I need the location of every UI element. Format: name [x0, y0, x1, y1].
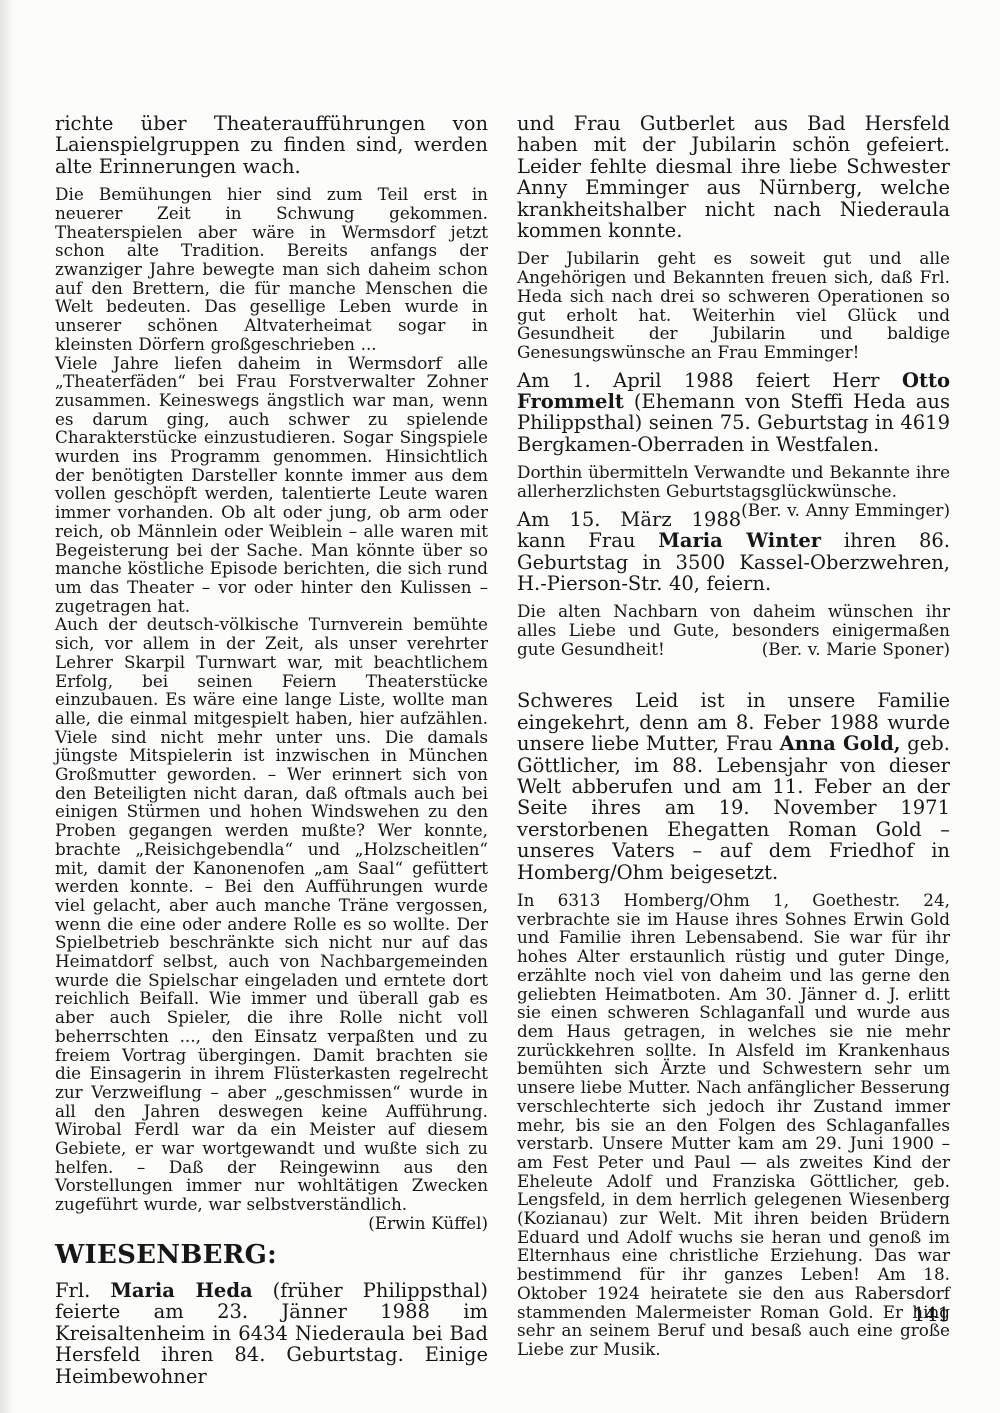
paragraph: In 6313 Homberg/Ohm 1, Goethestr. 24, ve…	[517, 891, 950, 1359]
attribution: (Ber. v. Marie Sponer)	[762, 640, 950, 659]
paragraph: Schweres Leid ist in unsere Familie eing…	[517, 690, 950, 883]
left-column: richte über Theateraufführungen von Laie…	[55, 113, 488, 1387]
paragraph: Dorthin übermitteln Verwandte und Bekann…	[517, 463, 950, 500]
paragraph: Die alten Nachbarn von daheim wünschen i…	[517, 602, 950, 658]
section-heading: WIESENBERG:	[55, 1240, 488, 1270]
paragraph: Auch der deutsch-völkische Turnverein be…	[55, 615, 488, 1214]
right-column: und Frau Gutberlet aus Bad Hersfeld habe…	[517, 113, 950, 1359]
paragraph: Viele Jahre liefen daheim in Wermsdorf a…	[55, 354, 488, 616]
attribution: (Erwin Küffel)	[368, 1214, 488, 1233]
paragraph: Frl. Maria Heda (früher Philippsthal) fe…	[55, 1280, 488, 1387]
paragraph: Am 15. März 1988 kann Frau Maria Winter …	[517, 509, 950, 595]
paragraph: Der Jubilarin geht es soweit gut und all…	[517, 249, 950, 361]
scanned-page: richte über Theateraufführungen von Laie…	[0, 0, 1000, 1413]
paragraph: und Frau Gutberlet aus Bad Hersfeld habe…	[517, 113, 950, 241]
page-number: 141	[517, 1303, 950, 1326]
paragraph: richte über Theateraufführungen von Laie…	[55, 113, 488, 177]
attribution: (Ber. v. Anny Emminger)	[741, 501, 950, 520]
paragraph: Die Bemühungen hier sind zum Teil erst i…	[55, 185, 488, 353]
paragraph: Am 1. April 1988 feiert Herr Otto Fromme…	[517, 370, 950, 456]
